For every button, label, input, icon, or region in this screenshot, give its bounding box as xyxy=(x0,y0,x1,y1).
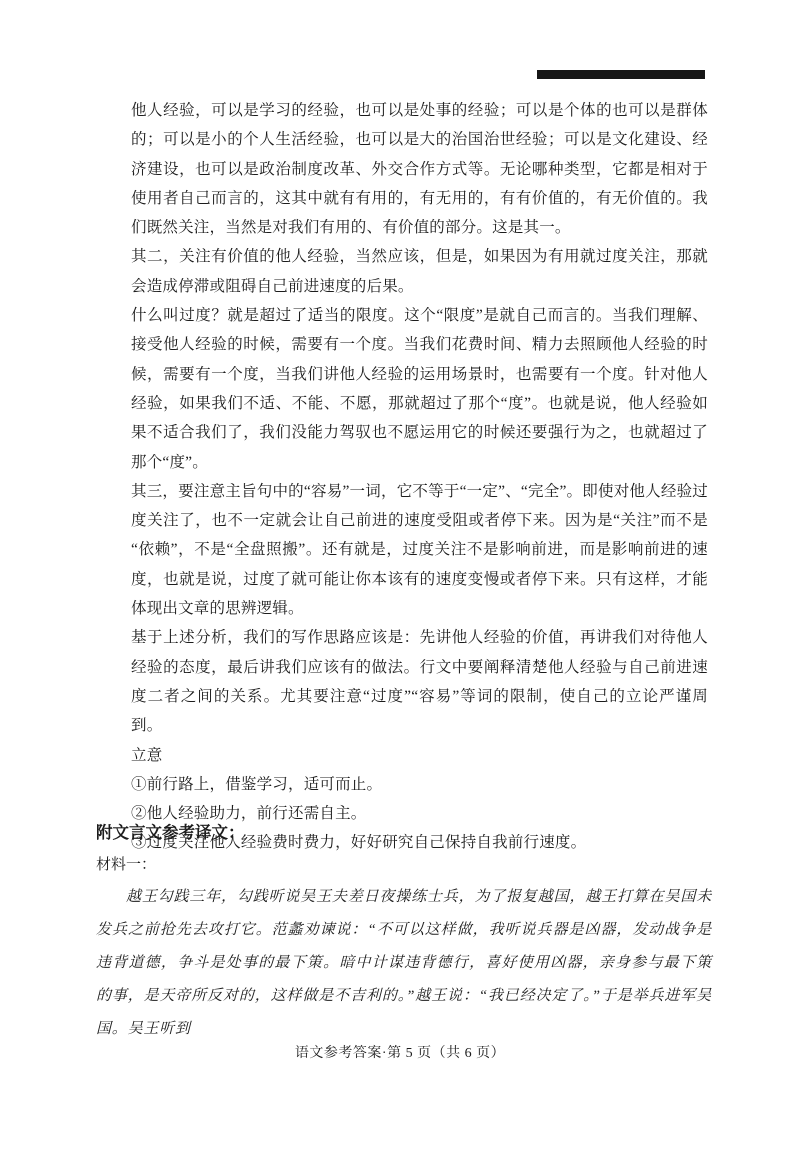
intent-item-1: ①前行路上，借鉴学习，适可而止。 xyxy=(131,770,708,799)
classical-translation-section: 附文言文参考译文： 材料一： 越王勾践三年，勾践听说吴王夫差日夜操练士兵，为了报… xyxy=(96,822,712,1046)
answer-sheet-page: 他人经验，可以是学习的经验，也可以是处事的经验；可以是个体的也可以是群体的；可以… xyxy=(0,0,800,1164)
translation-paragraph: 越王勾践三年，勾践听说吴王夫差日夜操练士兵，为了报复越国，越王打算在吴国未发兵之… xyxy=(96,881,712,1046)
analysis-paragraph-point-two: 其二，关注有价值的他人经验，当然应该，但是，如果因为有用就过度关注，那就会造成停… xyxy=(131,242,708,301)
analysis-paragraph-writing-approach: 基于上述分析，我们的写作思路应该是：先讲他人经验的价值，再讲我们对待他人经验的态… xyxy=(131,623,708,740)
analysis-paragraph-point-three: 其三，要注意主旨句中的“容易”一词，它不等于“一定”、“完全”。即使对他人经验过… xyxy=(131,477,708,623)
analysis-paragraph-experience-types: 他人经验，可以是学习的经验，也可以是处事的经验；可以是个体的也可以是群体的；可以… xyxy=(131,96,708,242)
essay-analysis-section: 他人经验，可以是学习的经验，也可以是处事的经验；可以是个体的也可以是群体的；可以… xyxy=(131,96,708,858)
material-one-label: 材料一： xyxy=(96,855,712,875)
redaction-bar xyxy=(537,70,705,79)
translation-heading: 附文言文参考译文： xyxy=(96,822,712,844)
page-footer: 语文参考答案·第 5 页（共 6 页） xyxy=(0,1044,800,1064)
analysis-paragraph-define-excess: 什么叫过度？就是超过了适当的限度。这个“限度”是就自己而言的。当我们理解、接受他… xyxy=(131,301,708,477)
subheading-intent: 立意 xyxy=(131,741,708,770)
